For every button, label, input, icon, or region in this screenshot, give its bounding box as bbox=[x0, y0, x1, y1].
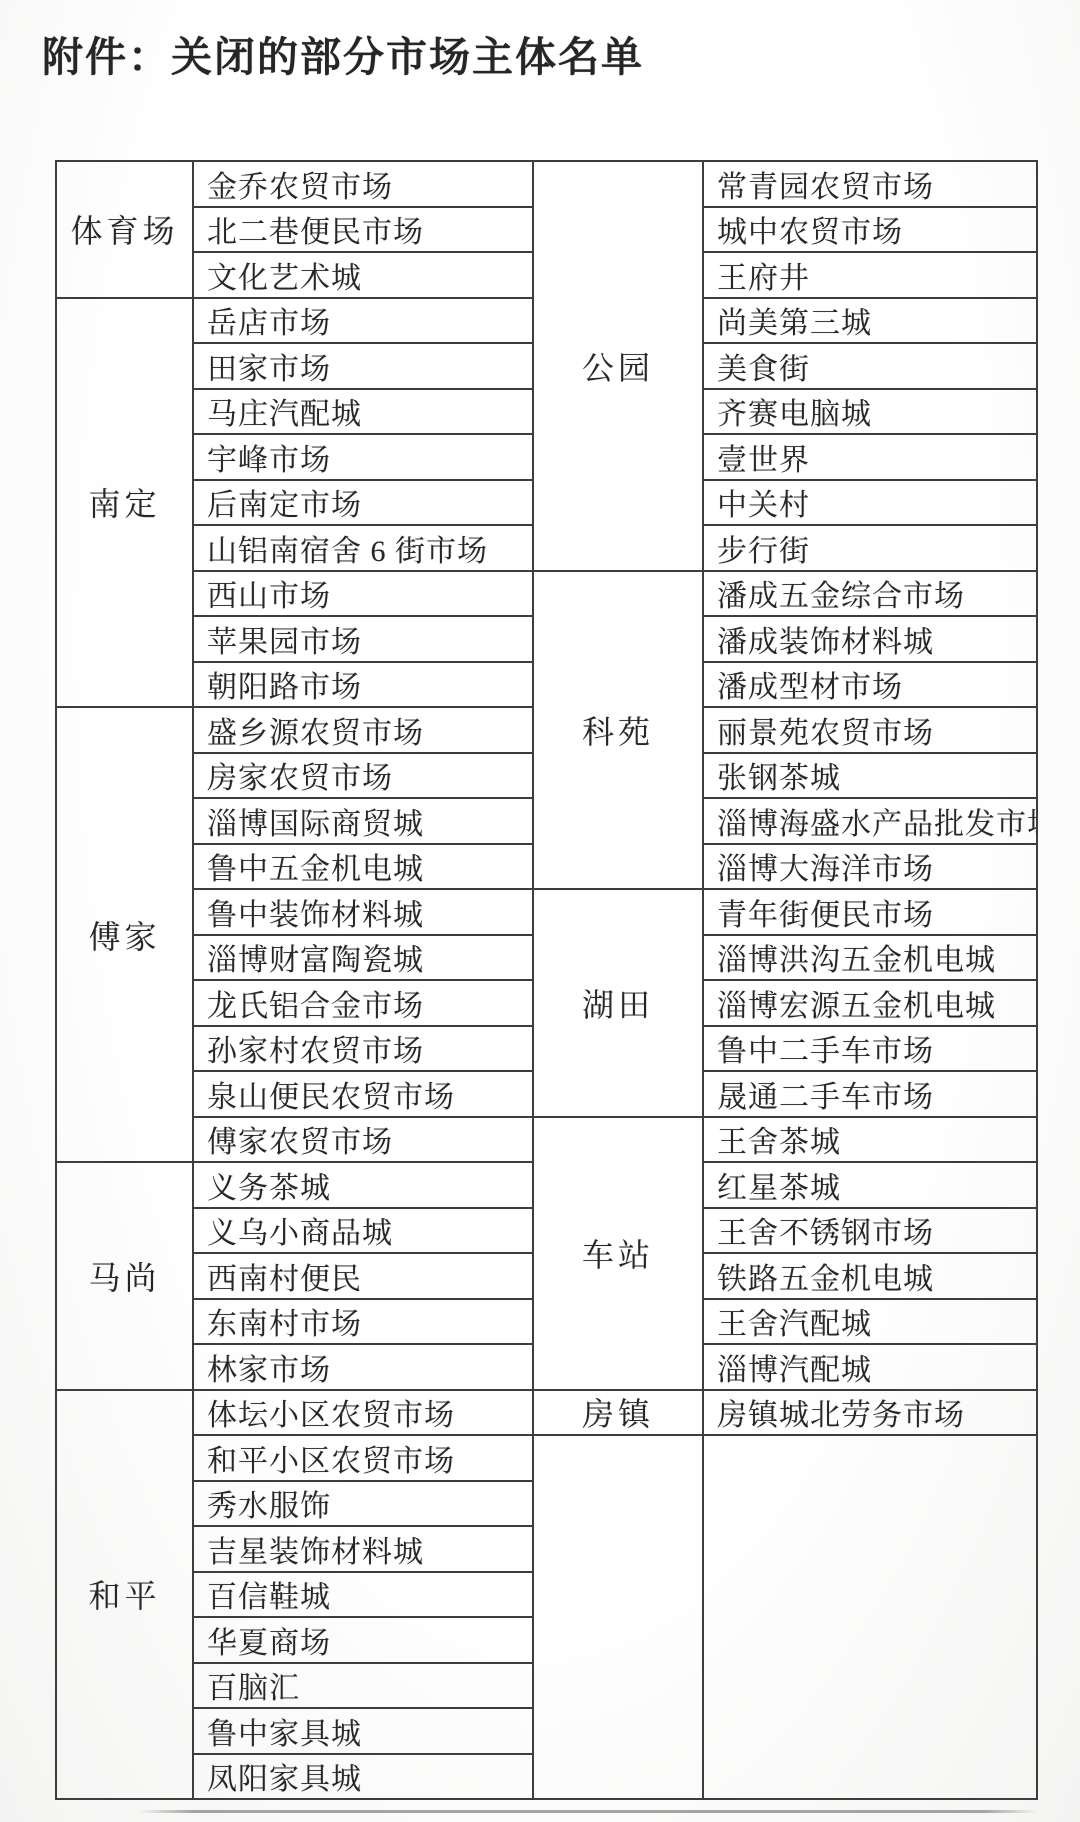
market-cell: 晟通二手车市场 bbox=[704, 1072, 1038, 1118]
district-cell: 房镇 bbox=[534, 1391, 704, 1437]
market-cell: 和平小区农贸市场 bbox=[194, 1436, 534, 1482]
market-cell: 房家农贸市场 bbox=[194, 754, 534, 800]
market-cell: 后南定市场 bbox=[194, 481, 534, 527]
market-cell: 淄博财富陶瓷城 bbox=[194, 936, 534, 982]
market-cell: 西山市场 bbox=[194, 572, 534, 618]
market-cell: 中关村 bbox=[704, 481, 1038, 527]
district-cell: 科苑 bbox=[534, 572, 704, 891]
district-cell: 公园 bbox=[534, 162, 704, 572]
market-cell: 淄博大海洋市场 bbox=[704, 845, 1038, 891]
market-cell: 王舍汽配城 bbox=[704, 1300, 1038, 1346]
market-cell: 岳店市场 bbox=[194, 299, 534, 345]
market-cell: 美食街 bbox=[704, 344, 1038, 390]
district-cell: 南定 bbox=[57, 299, 194, 709]
market-cell: 尚美第三城 bbox=[704, 299, 1038, 345]
market-cell: 华夏商场 bbox=[194, 1618, 534, 1664]
market-cell: 淄博洪沟五金机电城 bbox=[704, 936, 1038, 982]
market-cell: 龙氏铝合金市场 bbox=[194, 981, 534, 1027]
market-cell: 壹世界 bbox=[704, 435, 1038, 481]
market-cell: 文化艺术城 bbox=[194, 253, 534, 299]
market-cell: 泉山便民农贸市场 bbox=[194, 1072, 534, 1118]
district-cell: 车站 bbox=[534, 1118, 704, 1391]
market-cell: 王舍不锈钢市场 bbox=[704, 1209, 1038, 1255]
district-cell: 体育场 bbox=[57, 162, 194, 299]
empty-district-cell bbox=[534, 1436, 704, 1800]
district-cell: 马尚 bbox=[57, 1163, 194, 1391]
market-cell: 潘成五金综合市场 bbox=[704, 572, 1038, 618]
market-cell: 林家市场 bbox=[194, 1345, 534, 1391]
market-cell: 百脑汇 bbox=[194, 1664, 534, 1710]
photo-artifact-line bbox=[138, 1810, 1038, 1813]
market-cell: 铁路五金机电城 bbox=[704, 1254, 1038, 1300]
market-cell: 东南村市场 bbox=[194, 1300, 534, 1346]
market-cell: 义务茶城 bbox=[194, 1163, 534, 1209]
market-cell: 常青园农贸市场 bbox=[704, 162, 1038, 208]
market-cell: 盛乡源农贸市场 bbox=[194, 708, 534, 754]
closed-markets-table: 体育场金乔农贸市场北二巷便民市场文化艺术城南定岳店市场田家市场马庄汽配城宇峰市场… bbox=[55, 160, 1038, 1800]
district-cell: 和平 bbox=[57, 1391, 194, 1801]
market-cell: 田家市场 bbox=[194, 344, 534, 390]
district-cell: 湖田 bbox=[534, 890, 704, 1118]
market-cell: 秀水服饰 bbox=[194, 1482, 534, 1528]
market-cell: 吉星装饰材料城 bbox=[194, 1527, 534, 1573]
market-cell: 山铝南宿舍 6 街市场 bbox=[194, 526, 534, 572]
market-cell: 淄博国际商贸城 bbox=[194, 799, 534, 845]
market-cell: 王府井 bbox=[704, 253, 1038, 299]
market-cell: 齐赛电脑城 bbox=[704, 390, 1038, 436]
market-cell: 淄博宏源五金机电城 bbox=[704, 981, 1038, 1027]
market-cell: 青年街便民市场 bbox=[704, 890, 1038, 936]
market-cell: 潘成装饰材料城 bbox=[704, 617, 1038, 663]
market-cell: 红星茶城 bbox=[704, 1163, 1038, 1209]
market-cell: 凤阳家具城 bbox=[194, 1755, 534, 1801]
market-cell: 潘成型材市场 bbox=[704, 663, 1038, 709]
market-cell: 淄博海盛水产品批发市场 bbox=[704, 799, 1038, 845]
market-cell: 王舍茶城 bbox=[704, 1118, 1038, 1164]
market-cell: 鲁中家具城 bbox=[194, 1709, 534, 1755]
market-cell: 宇峰市场 bbox=[194, 435, 534, 481]
market-cell: 金乔农贸市场 bbox=[194, 162, 534, 208]
market-cell: 淄博汽配城 bbox=[704, 1345, 1038, 1391]
market-cell: 百信鞋城 bbox=[194, 1573, 534, 1619]
market-cell: 房镇城北劳务市场 bbox=[704, 1391, 1038, 1437]
market-cell: 义乌小商品城 bbox=[194, 1209, 534, 1255]
market-cell: 张钢茶城 bbox=[704, 754, 1038, 800]
empty-market-cell bbox=[704, 1436, 1038, 1800]
document-page: 附件：关闭的部分市场主体名单 体育场金乔农贸市场北二巷便民市场文化艺术城南定岳店… bbox=[0, 0, 1080, 1822]
market-cell: 鲁中五金机电城 bbox=[194, 845, 534, 891]
page-title: 附件：关闭的部分市场主体名单 bbox=[42, 24, 644, 83]
market-cell: 苹果园市场 bbox=[194, 617, 534, 663]
market-cell: 鲁中二手车市场 bbox=[704, 1027, 1038, 1073]
district-cell: 傅家 bbox=[57, 708, 194, 1163]
market-cell: 丽景苑农贸市场 bbox=[704, 708, 1038, 754]
market-cell: 鲁中装饰材料城 bbox=[194, 890, 534, 936]
market-cell: 北二巷便民市场 bbox=[194, 208, 534, 254]
market-cell: 城中农贸市场 bbox=[704, 208, 1038, 254]
market-cell: 体坛小区农贸市场 bbox=[194, 1391, 534, 1437]
market-cell: 孙家村农贸市场 bbox=[194, 1027, 534, 1073]
market-cell: 朝阳路市场 bbox=[194, 663, 534, 709]
market-cell: 马庄汽配城 bbox=[194, 390, 534, 436]
market-cell: 西南村便民 bbox=[194, 1254, 534, 1300]
market-cell: 步行街 bbox=[704, 526, 1038, 572]
market-cell: 傅家农贸市场 bbox=[194, 1118, 534, 1164]
